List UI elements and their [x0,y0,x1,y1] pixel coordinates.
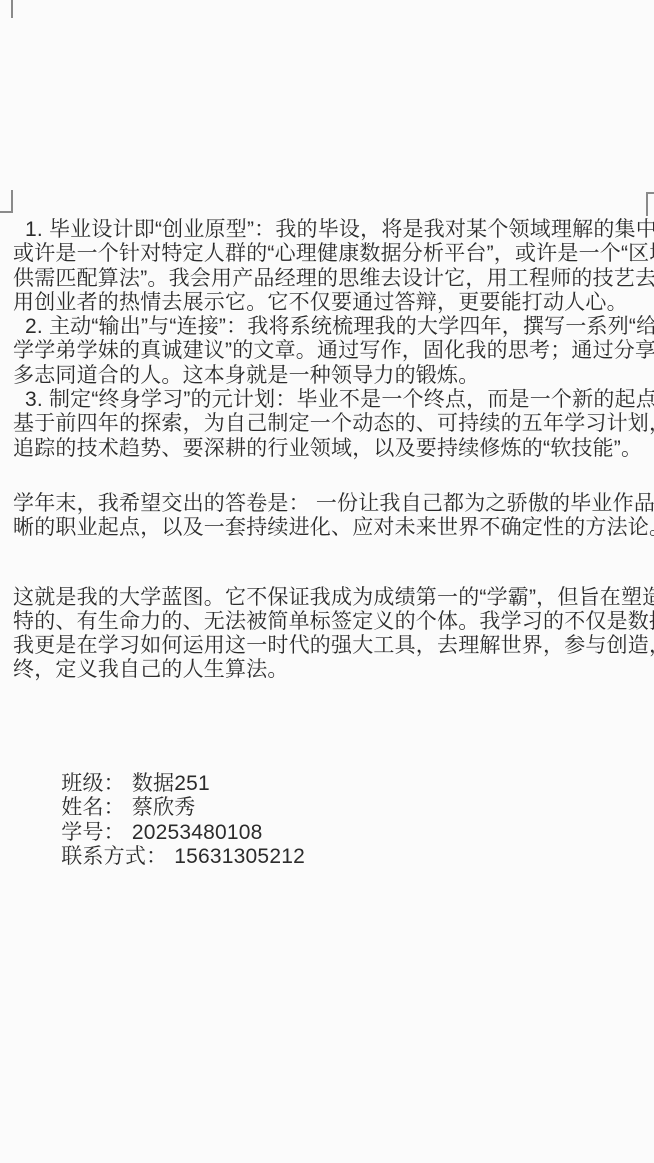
info-row-class: 班级：数据251 [13,748,650,772]
document-page: 1. 毕业设计即“创业原型”：我的毕设，将是我对某个领域理解的集中输出。它 或许… [0,0,654,1163]
info-value: 20253480108 [132,821,263,844]
text-line: 晰的职业起点，以及一套持续进化、应对未来世界不确定性的方法论。 [13,516,650,540]
text-line: 这就是我的大学蓝图。它不保证我成为成绩第一的“学霸”，但旨在塑造一个独 [13,586,650,610]
student-info-block: 班级：数据251 姓名：蔡欣秀 学号：20253480108 联系方式：1563… [13,748,650,845]
info-label: 学号： [61,821,125,844]
text-line: 或许是一个针对特定人群的“心理健康数据分析平台”，或许是一个“区域农产品 [13,242,650,266]
info-value: 蔡欣秀 [132,796,196,819]
text-line: 学年末，我希望交出的答卷是： 一份让我自己都为之骄傲的毕业作品，一个清 [13,492,650,516]
text-line: 2. 主动“输出”与“连接”：我将系统梳理我的大学四年，撰写一系列“给数据科 [13,315,650,339]
essay-text: 1. 毕业设计即“创业原型”：我的毕设，将是我对某个领域理解的集中输出。它 或许… [13,218,650,845]
text-line: 终，定义我自己的人生算法。 [13,658,650,682]
crop-mark-left-corner [0,190,13,213]
text-line: 学学弟学妹的真诚建议”的文章。通过写作，固化我的思考；通过分享，连接更 [13,339,650,363]
numbered-item-1: 1. 毕业设计即“创业原型”：我的毕设，将是我对某个领域理解的集中输出。它 或许… [13,218,650,315]
text-line: 基于前四年的探索，为自己制定一个动态的、可持续的五年学习计划，明确要 [13,412,650,436]
text-line: 多志同道合的人。这本身就是一种领导力的锻炼。 [13,364,650,388]
info-label: 班级： [61,772,125,795]
info-label: 联系方式： [61,845,167,868]
crop-mark-right-corner [646,192,654,216]
text-line: 追踪的技术趋势、要深耕的行业领域，以及要持续修炼的“软技能”。 [13,437,650,461]
text-line: 3. 制定“终身学习”的元计划：毕业不是一个终点，而是一个新的起点。我会 [13,388,650,412]
numbered-item-2: 2. 主动“输出”与“连接”：我将系统梳理我的大学四年，撰写一系列“给数据科 学… [13,315,650,388]
crop-mark-top-left [11,0,13,18]
numbered-item-3: 3. 制定“终身学习”的元计划：毕业不是一个终点，而是一个新的起点。我会 基于前… [13,388,650,461]
text-line: 供需匹配算法”。我会用产品经理的思维去设计它，用工程师的技艺去实现它， [13,267,650,291]
info-value: 数据251 [132,772,210,795]
text-line: 我更是在学习如何运用这一时代的强大工具，去理解世界，参与创造，并最 [13,634,650,658]
info-value: 15631305212 [174,845,305,868]
text-line: 1. 毕业设计即“创业原型”：我的毕设，将是我对某个领域理解的集中输出。它 [13,218,650,242]
summary-paragraph: 学年末，我希望交出的答卷是： 一份让我自己都为之骄傲的毕业作品，一个清 晰的职业… [13,492,650,541]
text-line: 特的、有生命力的、无法被简单标签定义的个体。我学习的不仅是数据科学， [13,610,650,634]
closing-paragraph: 这就是我的大学蓝图。它不保证我成为成绩第一的“学霸”，但旨在塑造一个独 特的、有… [13,586,650,683]
info-label: 姓名： [61,796,125,819]
text-line: 用创业者的热情去展示它。它不仅要通过答辩，更要能打动人心。 [13,291,650,315]
